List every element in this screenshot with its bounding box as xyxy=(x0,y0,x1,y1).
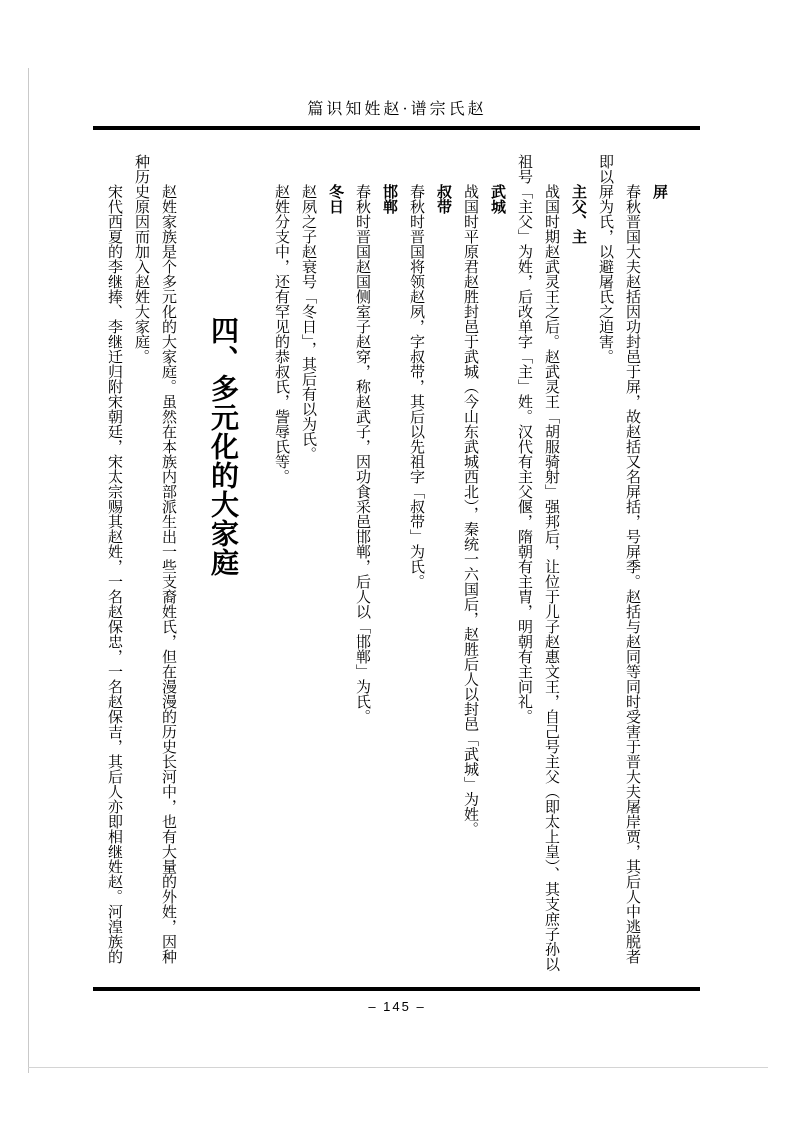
section-paragraph: 春秋时晋国将领赵夙，字叔带，其后以先祖字「叔带」为氏。 xyxy=(402,154,429,976)
section-heading-ping: 屏 xyxy=(645,154,672,976)
scan-edge-bottom-line xyxy=(28,1067,768,1068)
section-heading-zhufu-zhu: 主父、主 xyxy=(564,154,591,976)
book-page: 篇识知姓赵·谱宗氏赵 屏 春秋晋国大夫赵括因功封邑于屏，故赵括又名屏括，号屏季。… xyxy=(0,0,794,1123)
section-heading-handan: 邯郸 xyxy=(375,154,402,976)
section-paragraph: 春秋时晋国赵国侧室子赵穿，称赵武子，因功食采邑邯郸，后人以「邯郸」为氏。 xyxy=(348,154,375,976)
section-heading-dongri: 冬日 xyxy=(321,154,348,976)
running-header-title: 篇识知姓赵·谱宗氏赵 xyxy=(94,96,700,119)
section-paragraph: 春秋晋国大夫赵括因功封邑于屏，故赵括又名屏括，号屏季。赵括与赵同等同时受害于晋大… xyxy=(591,154,645,976)
section-paragraph: 赵夙之子赵衰号「冬日」，其后有以为氏。 xyxy=(294,154,321,976)
chapter-title: 四、多元化的大家庭 xyxy=(203,154,241,976)
section-heading-wucheng: 武城 xyxy=(483,154,510,976)
scan-edge-left-line xyxy=(28,68,29,1073)
section-paragraph: 战国时平原君赵胜封邑于武城（今山东武城西北），秦统一六国后，赵胜后人以封邑「武城… xyxy=(456,154,483,976)
section-paragraph: 战国时期赵武灵王之后。赵武灵王「胡服骑射」强邦后，让位于儿子赵惠文王，自己号主父… xyxy=(510,154,564,976)
section-heading-shudai: 叔带 xyxy=(429,154,456,976)
footer-rule xyxy=(93,987,700,991)
header-rule xyxy=(93,126,700,130)
section-paragraph: 赵姓分支中，还有罕见的恭叔氏，訾辱氏等。 xyxy=(267,154,294,976)
chapter-paragraph: 宋代西夏的李继捧、李继迁归附宋朝廷，宋太宗赐其赵姓，一名赵保忠，一名赵保吉，其后… xyxy=(100,154,127,976)
chapter-paragraph: 赵姓家族是个多元化的大家庭。虽然在本族内部派生出一些支裔姓氏，但在漫漫的历史长河… xyxy=(127,154,181,976)
page-number: – 145 – xyxy=(94,999,700,1014)
page-body-vertical-text: 屏 春秋晋国大夫赵括因功封邑于屏，故赵括又名屏括，号屏季。赵括与赵同等同时受害于… xyxy=(96,154,672,976)
